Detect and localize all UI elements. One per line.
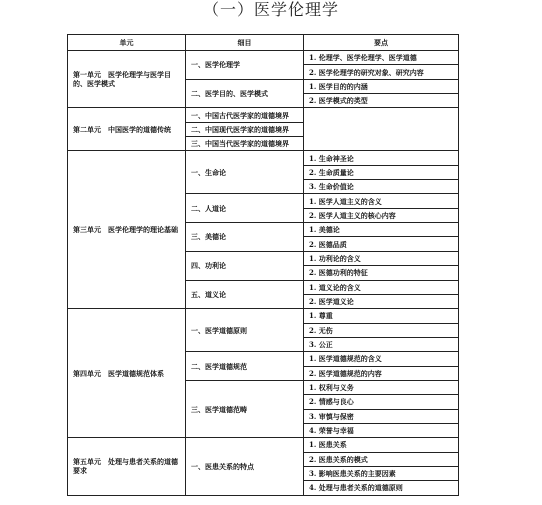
table-row: 第二单元 中国医学的道德传统 一、中国古代医学家的道德境界 — [68, 108, 459, 122]
table-row: 第五单元 处理与患者关系的道德要求 一、医患关系的特点 1. 医患关系 — [68, 438, 459, 452]
point-cell: 3. 公正 — [304, 337, 459, 351]
syllabus-table: 单元 细目 要点 第一单元 医学伦理学与医学目的、医学模式 一、医学伦理学 1.… — [67, 34, 459, 496]
point-cell: 1. 权利与义务 — [304, 380, 459, 394]
unit-cell: 第一单元 医学伦理学与医学目的、医学模式 — [68, 51, 186, 108]
point-cell: 1. 伦理学、医学伦理学、医学道德 — [304, 51, 459, 65]
item-cell: 一、医学道德原则 — [186, 309, 304, 352]
item-cell: 一、生命论 — [186, 151, 304, 194]
table-row: 第三单元 医学伦理学的理论基础 一、生命论 1. 生命神圣论 — [68, 151, 459, 165]
point-cell: 2. 医学人道主义的核心内容 — [304, 208, 459, 222]
unit-cell: 第三单元 医学伦理学的理论基础 — [68, 151, 186, 309]
point-cell: 2. 医学道德规范的内容 — [304, 366, 459, 380]
point-cell: 2. 医德功利的特征 — [304, 266, 459, 280]
item-cell: 二、医学目的、医学模式 — [186, 79, 304, 108]
header-points: 要点 — [304, 35, 459, 51]
item-cell: 二、中国现代医学家的道德境界 — [186, 122, 304, 136]
point-cell: 1. 医学人道主义的含义 — [304, 194, 459, 208]
point-cell: 1. 医学道德规范的含义 — [304, 352, 459, 366]
item-cell: 四、功利论 — [186, 251, 304, 280]
page-title: （一）医学伦理学 — [0, 0, 542, 20]
point-cell: 2. 情感与良心 — [304, 395, 459, 409]
point-cell: 2. 无伤 — [304, 323, 459, 337]
point-cell: 2. 生命质量论 — [304, 165, 459, 179]
point-cell: 2. 医学伦理学的研究对象、研究内容 — [304, 65, 459, 79]
unit-cell: 第二单元 中国医学的道德传统 — [68, 108, 186, 151]
unit-cell: 第四单元 医学道德规范体系 — [68, 309, 186, 438]
item-cell: 三、中国当代医学家的道德境界 — [186, 137, 304, 151]
point-cell: 2. 医学模式的类型 — [304, 94, 459, 108]
point-cell-empty — [304, 108, 459, 151]
point-cell: 3. 生命价值论 — [304, 180, 459, 194]
item-cell: 二、人道论 — [186, 194, 304, 223]
point-cell: 1. 医学目的的内涵 — [304, 79, 459, 93]
table-row: 第一单元 医学伦理学与医学目的、医学模式 一、医学伦理学 1. 伦理学、医学伦理… — [68, 51, 459, 65]
table-row: 第四单元 医学道德规范体系 一、医学道德原则 1. 尊重 — [68, 309, 459, 323]
point-cell: 3. 审慎与保密 — [304, 409, 459, 423]
point-cell: 2. 医患关系的模式 — [304, 452, 459, 466]
point-cell: 1. 道义论的含义 — [304, 280, 459, 294]
point-cell: 3. 影响医患关系的主要因素 — [304, 466, 459, 480]
item-cell: 一、医患关系的特点 — [186, 438, 304, 495]
item-cell: 五、道义论 — [186, 280, 304, 309]
point-cell: 1. 医患关系 — [304, 438, 459, 452]
header-item: 细目 — [186, 35, 304, 51]
point-cell: 1. 生命神圣论 — [304, 151, 459, 165]
item-cell: 一、医学伦理学 — [186, 51, 304, 80]
point-cell: 1. 功利论的含义 — [304, 251, 459, 265]
point-cell: 4. 荣誉与幸福 — [304, 423, 459, 437]
point-cell: 2. 医德品质 — [304, 237, 459, 251]
item-cell: 三、美德论 — [186, 223, 304, 252]
point-cell: 1. 尊重 — [304, 309, 459, 323]
point-cell: 4. 处理与患者关系的道德原则 — [304, 481, 459, 495]
unit-cell: 第五单元 处理与患者关系的道德要求 — [68, 438, 186, 495]
point-cell: 1. 美德论 — [304, 223, 459, 237]
item-cell: 一、中国古代医学家的道德境界 — [186, 108, 304, 122]
table-header-row: 单元 细目 要点 — [68, 35, 459, 51]
header-unit: 单元 — [68, 35, 186, 51]
item-cell: 二、医学道德规范 — [186, 352, 304, 381]
point-cell: 2. 医学道义论 — [304, 294, 459, 308]
item-cell: 三、医学道德范畴 — [186, 380, 304, 437]
